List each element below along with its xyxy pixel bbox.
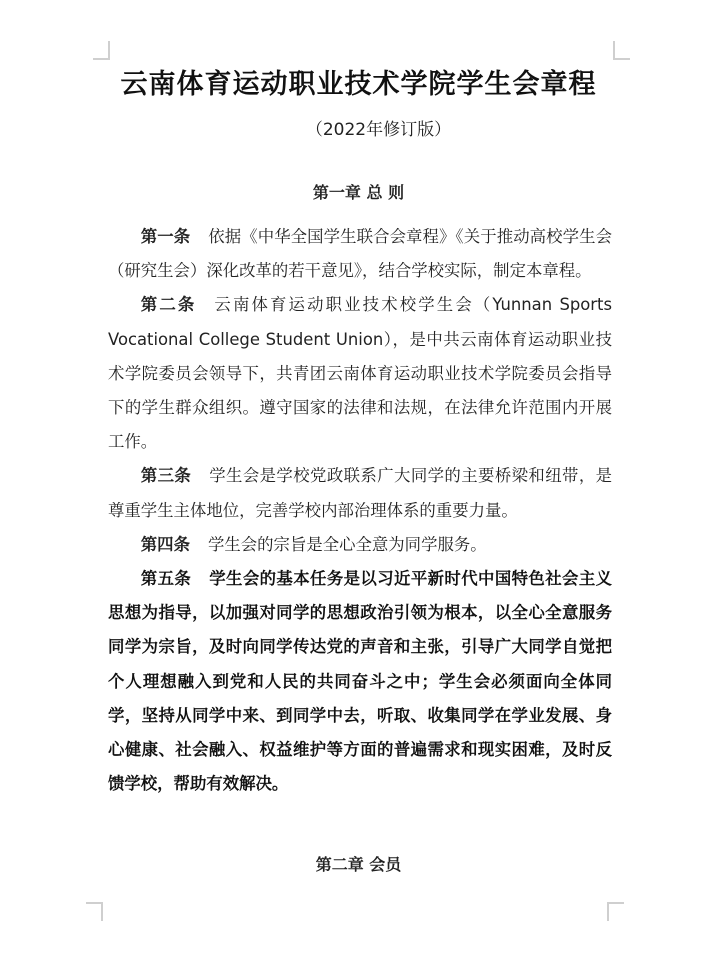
article-label: 第四条 — [141, 535, 190, 554]
article-label: 第三条 — [141, 466, 191, 485]
page-corner-mark-top-right — [613, 41, 630, 60]
document-title: 云南体育运动职业技术学院学生会章程 — [0, 62, 717, 101]
article-5: 第五条学生会的基本任务是以习近平新时代中国特色社会主义思想为指导，以加强对同学的… — [108, 562, 612, 801]
article-2: 第二条云南体育运动职业技术校学生会（Yunnan Sports Vocation… — [108, 288, 612, 459]
article-3: 第三条学生会是学校党政联系广大同学的主要桥梁和纽带，是尊重学生主体地位，完善学校… — [108, 459, 612, 527]
chapter-heading-1: 第一章 总 则 — [0, 180, 717, 203]
chapter-heading-2: 第二章 会员 — [0, 852, 717, 875]
chapter-1-body: 第一条依据《中华全国学生联合会章程》《关于推动高校学生会（研究生会）深化改革的若… — [108, 220, 612, 801]
page-corner-mark-bottom-left — [86, 902, 103, 921]
article-label: 第二条 — [141, 295, 197, 314]
document-subtitle: （2022年修订版） — [0, 115, 717, 140]
page-corner-mark-top-left — [93, 41, 110, 60]
article-text: 学生会的宗旨是全心全意为同学服务。 — [208, 535, 487, 554]
article-label: 第一条 — [141, 227, 190, 246]
article-4: 第四条学生会的宗旨是全心全意为同学服务。 — [108, 528, 612, 562]
article-text: 云南体育运动职业技术校学生会（Yunnan Sports Vocational … — [108, 295, 612, 451]
article-1: 第一条依据《中华全国学生联合会章程》《关于推动高校学生会（研究生会）深化改革的若… — [108, 220, 612, 288]
article-label: 第五条 — [141, 569, 191, 588]
page-corner-mark-bottom-right — [607, 902, 624, 921]
article-text: 学生会的基本任务是以习近平新时代中国特色社会主义思想为指导，以加强对同学的思想政… — [108, 569, 612, 793]
